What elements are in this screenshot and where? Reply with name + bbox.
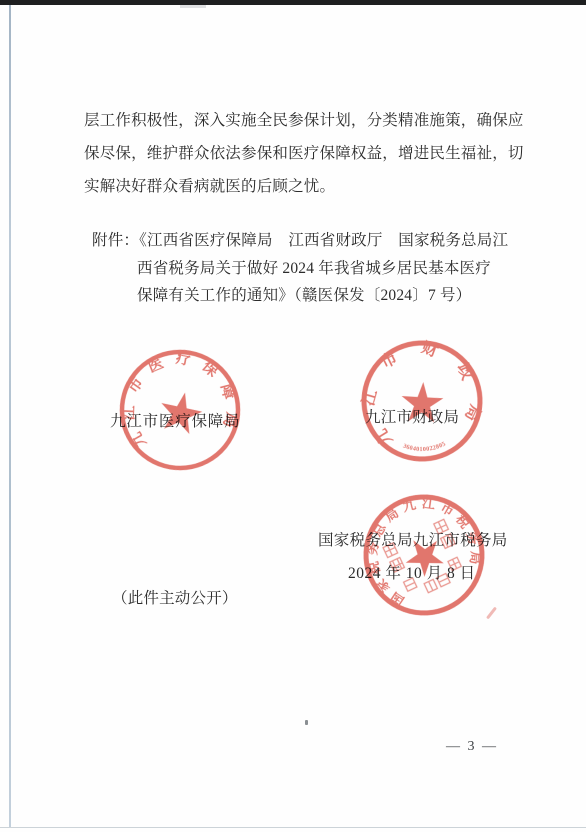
document-page: 层工作积极性，深入实施全民参保计划，分类精准施策，确保应 保尽保，维护群众依法参… [0,0,586,832]
medical-bureau-seal-icon: 九江市医疗保障局 [103,333,257,487]
svg-text:3604010022805: 3604010022805 [402,440,448,454]
scan-artifact [305,720,308,725]
attachment-line: 西省税务局关于做好 2024 年我省城乡居民基本医疗 [137,255,491,283]
body-line: 层工作积极性，深入实施全民参保计划，分类精准施策，确保应 [84,104,524,137]
attachment-line: 保障有关工作的通知》（赣医保发〔2024〕7 号） [137,282,471,310]
seal-code: 3604010022805 [402,440,448,454]
disclosure-note: （此件主动公开） [112,586,238,608]
tax-bureau-seal-icon: 国家税务总局九江市税务局 [331,462,517,648]
body-paragraph: 层工作积极性，深入实施全民参保计划，分类精准施策，确保应 保尽保，维护群众依法参… [84,104,524,203]
scan-edge-top [0,0,586,5]
attachment-line: 附件：《江西省医疗保障局 江西省财政厅 国家税务总局江 [92,227,508,255]
seal-ink-smudge [486,607,497,620]
star-icon [400,381,444,423]
scan-edge-left [9,5,11,827]
finance-bureau-seal-icon: 九江市财政局 3604010022805 [348,327,495,474]
body-line: 保尽保，维护群众依法参保和医疗保障权益，增进民生福祉，切 [84,137,524,170]
seal-arc-text: 九江市医疗保障局 [113,342,244,451]
page-number: — 3 — [446,739,498,755]
star-icon [156,388,205,436]
svg-text:九江市医疗保障局: 九江市医疗保障局 [113,342,244,451]
body-line: 实解决好群众看病就医的后顾之忧。 [84,170,524,203]
scan-edge-bottom [0,827,586,828]
